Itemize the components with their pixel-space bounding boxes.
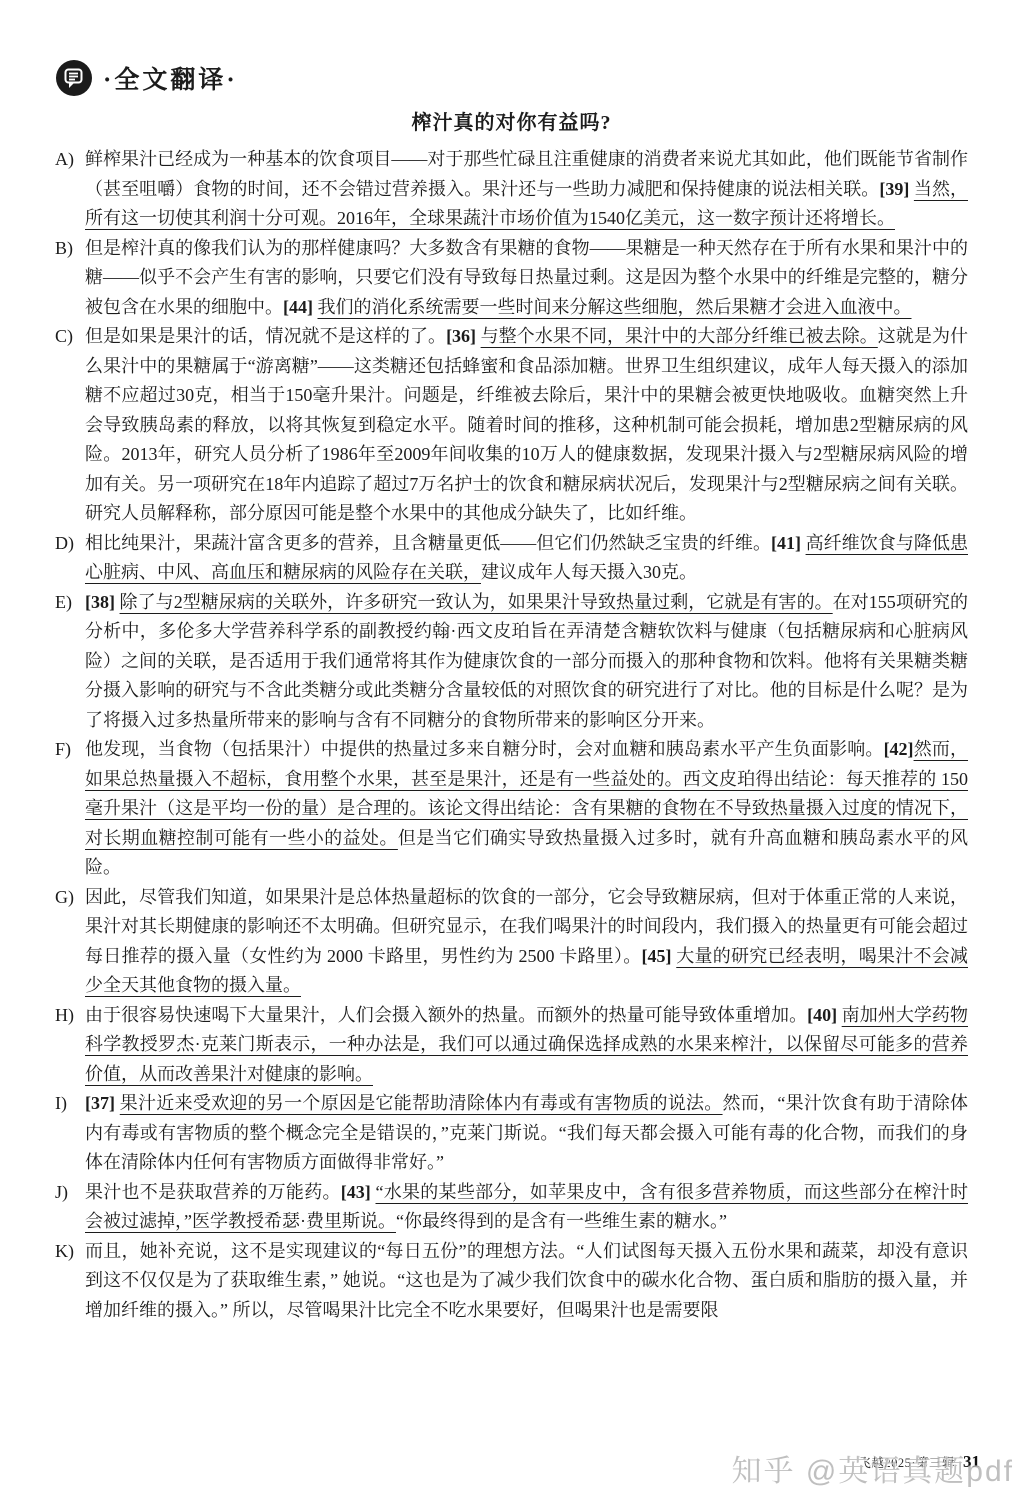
- underlined-translation: 除了与2型糖尿病的关联外，许多研究一致认为，如果果汁导致热量过剩，它就是有害的。: [120, 592, 833, 612]
- paragraph-body: 因此，尽管我们知道，如果果汁是总体热量超标的饮食的一部分，它会导致糖尿病，但对于…: [85, 883, 968, 1001]
- text-run: 由于很容易快速喝下大量果汁，人们会摄入额外的热量。而额外的热量可能导致体重增加。: [85, 1005, 807, 1025]
- paragraph: H)由于很容易快速喝下大量果汁，人们会摄入额外的热量。而额外的热量可能导致体重增…: [55, 1001, 968, 1090]
- paragraph: K)而且，她补充说，这不是实现建议的“每日五份”的理想方法。“人们试图每天摄入五…: [55, 1237, 968, 1326]
- paragraph-label: D): [55, 529, 85, 588]
- paragraph-label: J): [55, 1178, 85, 1237]
- text-run: 但是如果是果汁的话，情况就不是这样的了。: [85, 326, 446, 346]
- paragraph: C)但是如果是果汁的话，情况就不是这样的了。[36] 与整个水果不同，果汁中的大…: [55, 322, 968, 529]
- paragraph-body: 但是榨汁真的像我们认为的那样健康吗？大多数含有果糖的食物——果糖是一种天然存在于…: [85, 234, 968, 323]
- paragraph-label: K): [55, 1237, 85, 1326]
- paragraph: G)因此，尽管我们知道，如果果汁是总体热量超标的饮食的一部分，它会导致糖尿病，但…: [55, 883, 968, 1001]
- paragraph: F)他发现，当食物（包括果汁）中提供的热量过多来自糖分时，会对血糖和胰岛素水平产…: [55, 735, 968, 883]
- paragraph-label: I): [55, 1089, 85, 1178]
- underlined-translation: 与整个水果不同，果汁中的大部分纤维已被去除。: [481, 326, 878, 346]
- question-number: [42]: [884, 739, 914, 759]
- text-run: 在对155项研究的分析中，多伦多大学营养科学系的副教授约翰·西文皮珀旨在弄清楚含…: [85, 592, 968, 730]
- watermark: 知乎 @英语真题pdf: [732, 1446, 1015, 1490]
- scanned-page: ·全文翻译· 榨汁真的对你有益吗? A)鲜榨果汁已经成为一种基本的饮食项目——对…: [0, 0, 1020, 1510]
- underlined-translation: 我们的消化系统需要一些时间来分解这些细胞，然后果糖才会进入血液中。: [318, 297, 912, 317]
- text-run: 鲜榨果汁已经成为一种基本的饮食项目——对于那些忙碌且注重健康的消费者来说尤其如此…: [85, 149, 968, 199]
- paragraph-body: 但是如果是果汁的话，情况就不是这样的了。[36] 与整个水果不同，果汁中的大部分…: [85, 322, 968, 529]
- paragraph-body: 相比纯果汁，果蔬汁富含更多的营养，且含糖量更低——但它们仍然缺乏宝贵的纤维。[4…: [85, 529, 968, 588]
- paragraph-label: F): [55, 735, 85, 883]
- paragraph-body: 而且，她补充说，这不是实现建议的“每日五份”的理想方法。“人们试图每天摄入五份水…: [85, 1237, 968, 1326]
- text-run: “你最终得到的是含有一些维生素的糖水。”: [396, 1211, 727, 1231]
- question-number: [45]: [642, 946, 677, 966]
- paragraph-label: G): [55, 883, 85, 1001]
- paragraph-body: 果汁也不是获取营养的万能药。[43] “水果的某些部分，如苹果皮中，含有很多营养…: [85, 1178, 968, 1237]
- article-title: 榨汁真的对你有益吗?: [55, 106, 968, 135]
- paragraph: J)果汁也不是获取营养的万能药。[43] “水果的某些部分，如苹果皮中，含有很多…: [55, 1178, 968, 1237]
- question-number: [36]: [446, 326, 481, 346]
- paragraph-label: C): [55, 322, 85, 529]
- text-run: 他发现，当食物（包括果汁）中提供的热量过多来自糖分时，会对血糖和胰岛素水平产生负…: [85, 739, 884, 759]
- section-header: ·全文翻译·: [55, 58, 968, 98]
- paragraph-label: A): [55, 145, 85, 234]
- question-number: [39]: [879, 179, 914, 199]
- underlined-translation: 果汁近来受欢迎的另一个原因是它能帮助清除体内有毒或有害物质的说法。: [120, 1093, 723, 1113]
- paragraph: E)[38] 除了与2型糖尿病的关联外，许多研究一致认为，如果果汁导致热量过剩，…: [55, 588, 968, 736]
- paragraph-label: H): [55, 1001, 85, 1090]
- paragraph: B)但是榨汁真的像我们认为的那样健康吗？大多数含有果糖的食物——果糖是一种天然存…: [55, 234, 968, 323]
- speech-bubble-icon: [55, 59, 93, 97]
- paragraph-body: 由于很容易快速喝下大量果汁，人们会摄入额外的热量。而额外的热量可能导致体重增加。…: [85, 1001, 968, 1090]
- question-number: [38]: [85, 592, 120, 612]
- text-run: 相比纯果汁，果蔬汁富含更多的营养，且含糖量更低——但它们仍然缺乏宝贵的纤维。: [85, 533, 771, 553]
- section-title: ·全文翻译·: [103, 60, 238, 96]
- question-number: [44]: [283, 297, 318, 317]
- text-run: 果汁也不是获取营养的万能药。: [85, 1182, 341, 1202]
- question-number: [37]: [85, 1093, 120, 1113]
- question-number: [41]: [771, 533, 806, 553]
- passage: A)鲜榨果汁已经成为一种基本的饮食项目——对于那些忙碌且注重健康的消费者来说尤其…: [55, 145, 968, 1325]
- paragraph-label: E): [55, 588, 85, 736]
- paragraph: D)相比纯果汁，果蔬汁富含更多的营养，且含糖量更低——但它们仍然缺乏宝贵的纤维。…: [55, 529, 968, 588]
- paragraph-body: 他发现，当食物（包括果汁）中提供的热量过多来自糖分时，会对血糖和胰岛素水平产生负…: [85, 735, 968, 883]
- paragraph-body: [37] 果汁近来受欢迎的另一个原因是它能帮助清除体内有毒或有害物质的说法。然而…: [85, 1089, 968, 1178]
- question-number: [40]: [807, 1005, 842, 1025]
- paragraph-body: [38] 除了与2型糖尿病的关联外，许多研究一致认为，如果果汁导致热量过剩，它就…: [85, 588, 968, 736]
- question-number: [43]: [341, 1182, 376, 1202]
- text-run: 而且，她补充说，这不是实现建议的“每日五份”的理想方法。“人们试图每天摄入五份水…: [85, 1241, 968, 1320]
- paragraph: I)[37] 果汁近来受欢迎的另一个原因是它能帮助清除体内有毒或有害物质的说法。…: [55, 1089, 968, 1178]
- text-run: 这就是为什么果汁中的果糖属于“游离糖”——这类糖还包括蜂蜜和食品添加糖。世界卫生…: [85, 326, 968, 523]
- paragraph: A)鲜榨果汁已经成为一种基本的饮食项目——对于那些忙碌且注重健康的消费者来说尤其…: [55, 145, 968, 234]
- text-run: 建议成年人每天摄入30克。: [481, 562, 697, 582]
- paragraph-body: 鲜榨果汁已经成为一种基本的饮食项目——对于那些忙碌且注重健康的消费者来说尤其如此…: [85, 145, 968, 234]
- paragraph-label: B): [55, 234, 85, 323]
